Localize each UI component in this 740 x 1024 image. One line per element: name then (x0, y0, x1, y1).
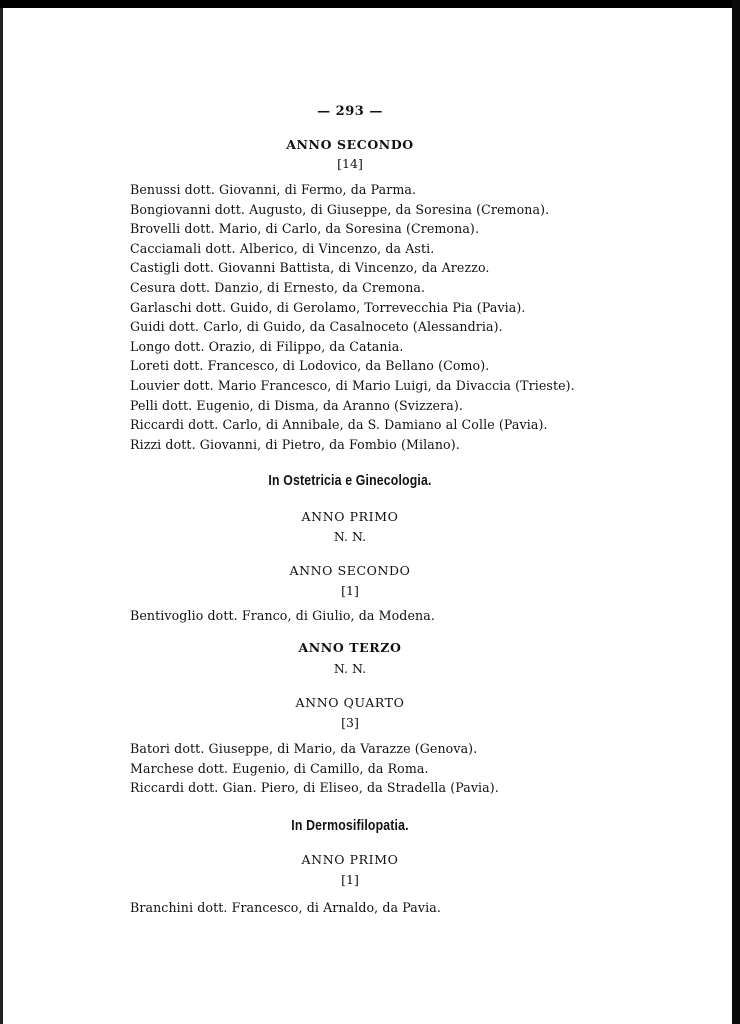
year-heading: ANNO TERZO (0, 640, 700, 655)
list-item: Garlaschi dott. Guido, di Gerolamo, Torr… (130, 298, 575, 318)
list-item: Batori dott. Giuseppe, di Mario, da Vara… (130, 739, 499, 759)
list-item: Riccardi dott. Gian. Piero, di Eliseo, d… (130, 778, 499, 798)
list-item: Marchese dott. Eugenio, di Camillo, da R… (130, 759, 499, 779)
year-count: [3] (0, 715, 700, 730)
year-heading: ANNO SECONDO (0, 563, 700, 578)
list-item: Cacciamali dott. Alberico, di Vincenzo, … (130, 239, 575, 259)
list-item: Guidi dott. Carlo, di Guido, da Casalnoc… (130, 317, 575, 337)
entry-list: Bentivoglio dott. Franco, di Giulio, da … (130, 606, 435, 626)
list-item: Pelli dott. Eugenio, di Disma, da Aranno… (130, 396, 575, 416)
section-title: In Dermosifilopatia. (63, 817, 637, 834)
year-count: [14] (0, 156, 700, 171)
year-heading: ANNO SECONDO (0, 137, 700, 152)
page-number: — 293 — (0, 104, 700, 119)
list-item: Louvier dott. Mario Francesco, di Mario … (130, 376, 575, 396)
list-item: Benussi dott. Giovanni, di Fermo, da Par… (130, 180, 575, 200)
list-item: Riccardi dott. Carlo, di Annibale, da S.… (130, 415, 575, 435)
list-item: Loreti dott. Francesco, di Lodovico, da … (130, 356, 575, 376)
year-count: [1] (0, 583, 700, 598)
year-count: N. N. (0, 529, 700, 544)
year-heading: ANNO QUARTO (0, 695, 700, 710)
entry-list: Batori dott. Giuseppe, di Mario, da Vara… (130, 739, 499, 798)
list-item: Branchini dott. Francesco, di Arnaldo, d… (130, 898, 441, 918)
document-page: — 293 — ANNO SECONDO [14] Benussi dott. … (0, 0, 740, 1024)
list-item: Castigli dott. Giovanni Battista, di Vin… (130, 258, 575, 278)
list-item: Cesura dott. Danzio, di Ernesto, da Crem… (130, 278, 575, 298)
list-item: Bentivoglio dott. Franco, di Giulio, da … (130, 606, 435, 626)
year-count: N. N. (0, 661, 700, 676)
list-item: Rizzi dott. Giovanni, di Pietro, da Fomb… (130, 435, 575, 455)
year-count: [1] (0, 872, 700, 887)
section-title: In Ostetricia e Ginecologia. (63, 472, 637, 489)
list-item: Brovelli dott. Mario, di Carlo, da Sores… (130, 219, 575, 239)
entry-list: Benussi dott. Giovanni, di Fermo, da Par… (130, 180, 575, 454)
year-heading: ANNO PRIMO (0, 852, 700, 867)
list-item: Longo dott. Orazio, di Filippo, da Catan… (130, 337, 575, 357)
year-heading: ANNO PRIMO (0, 509, 700, 524)
entry-list: Branchini dott. Francesco, di Arnaldo, d… (130, 898, 441, 918)
list-item: Bongiovanni dott. Augusto, di Giuseppe, … (130, 200, 575, 220)
